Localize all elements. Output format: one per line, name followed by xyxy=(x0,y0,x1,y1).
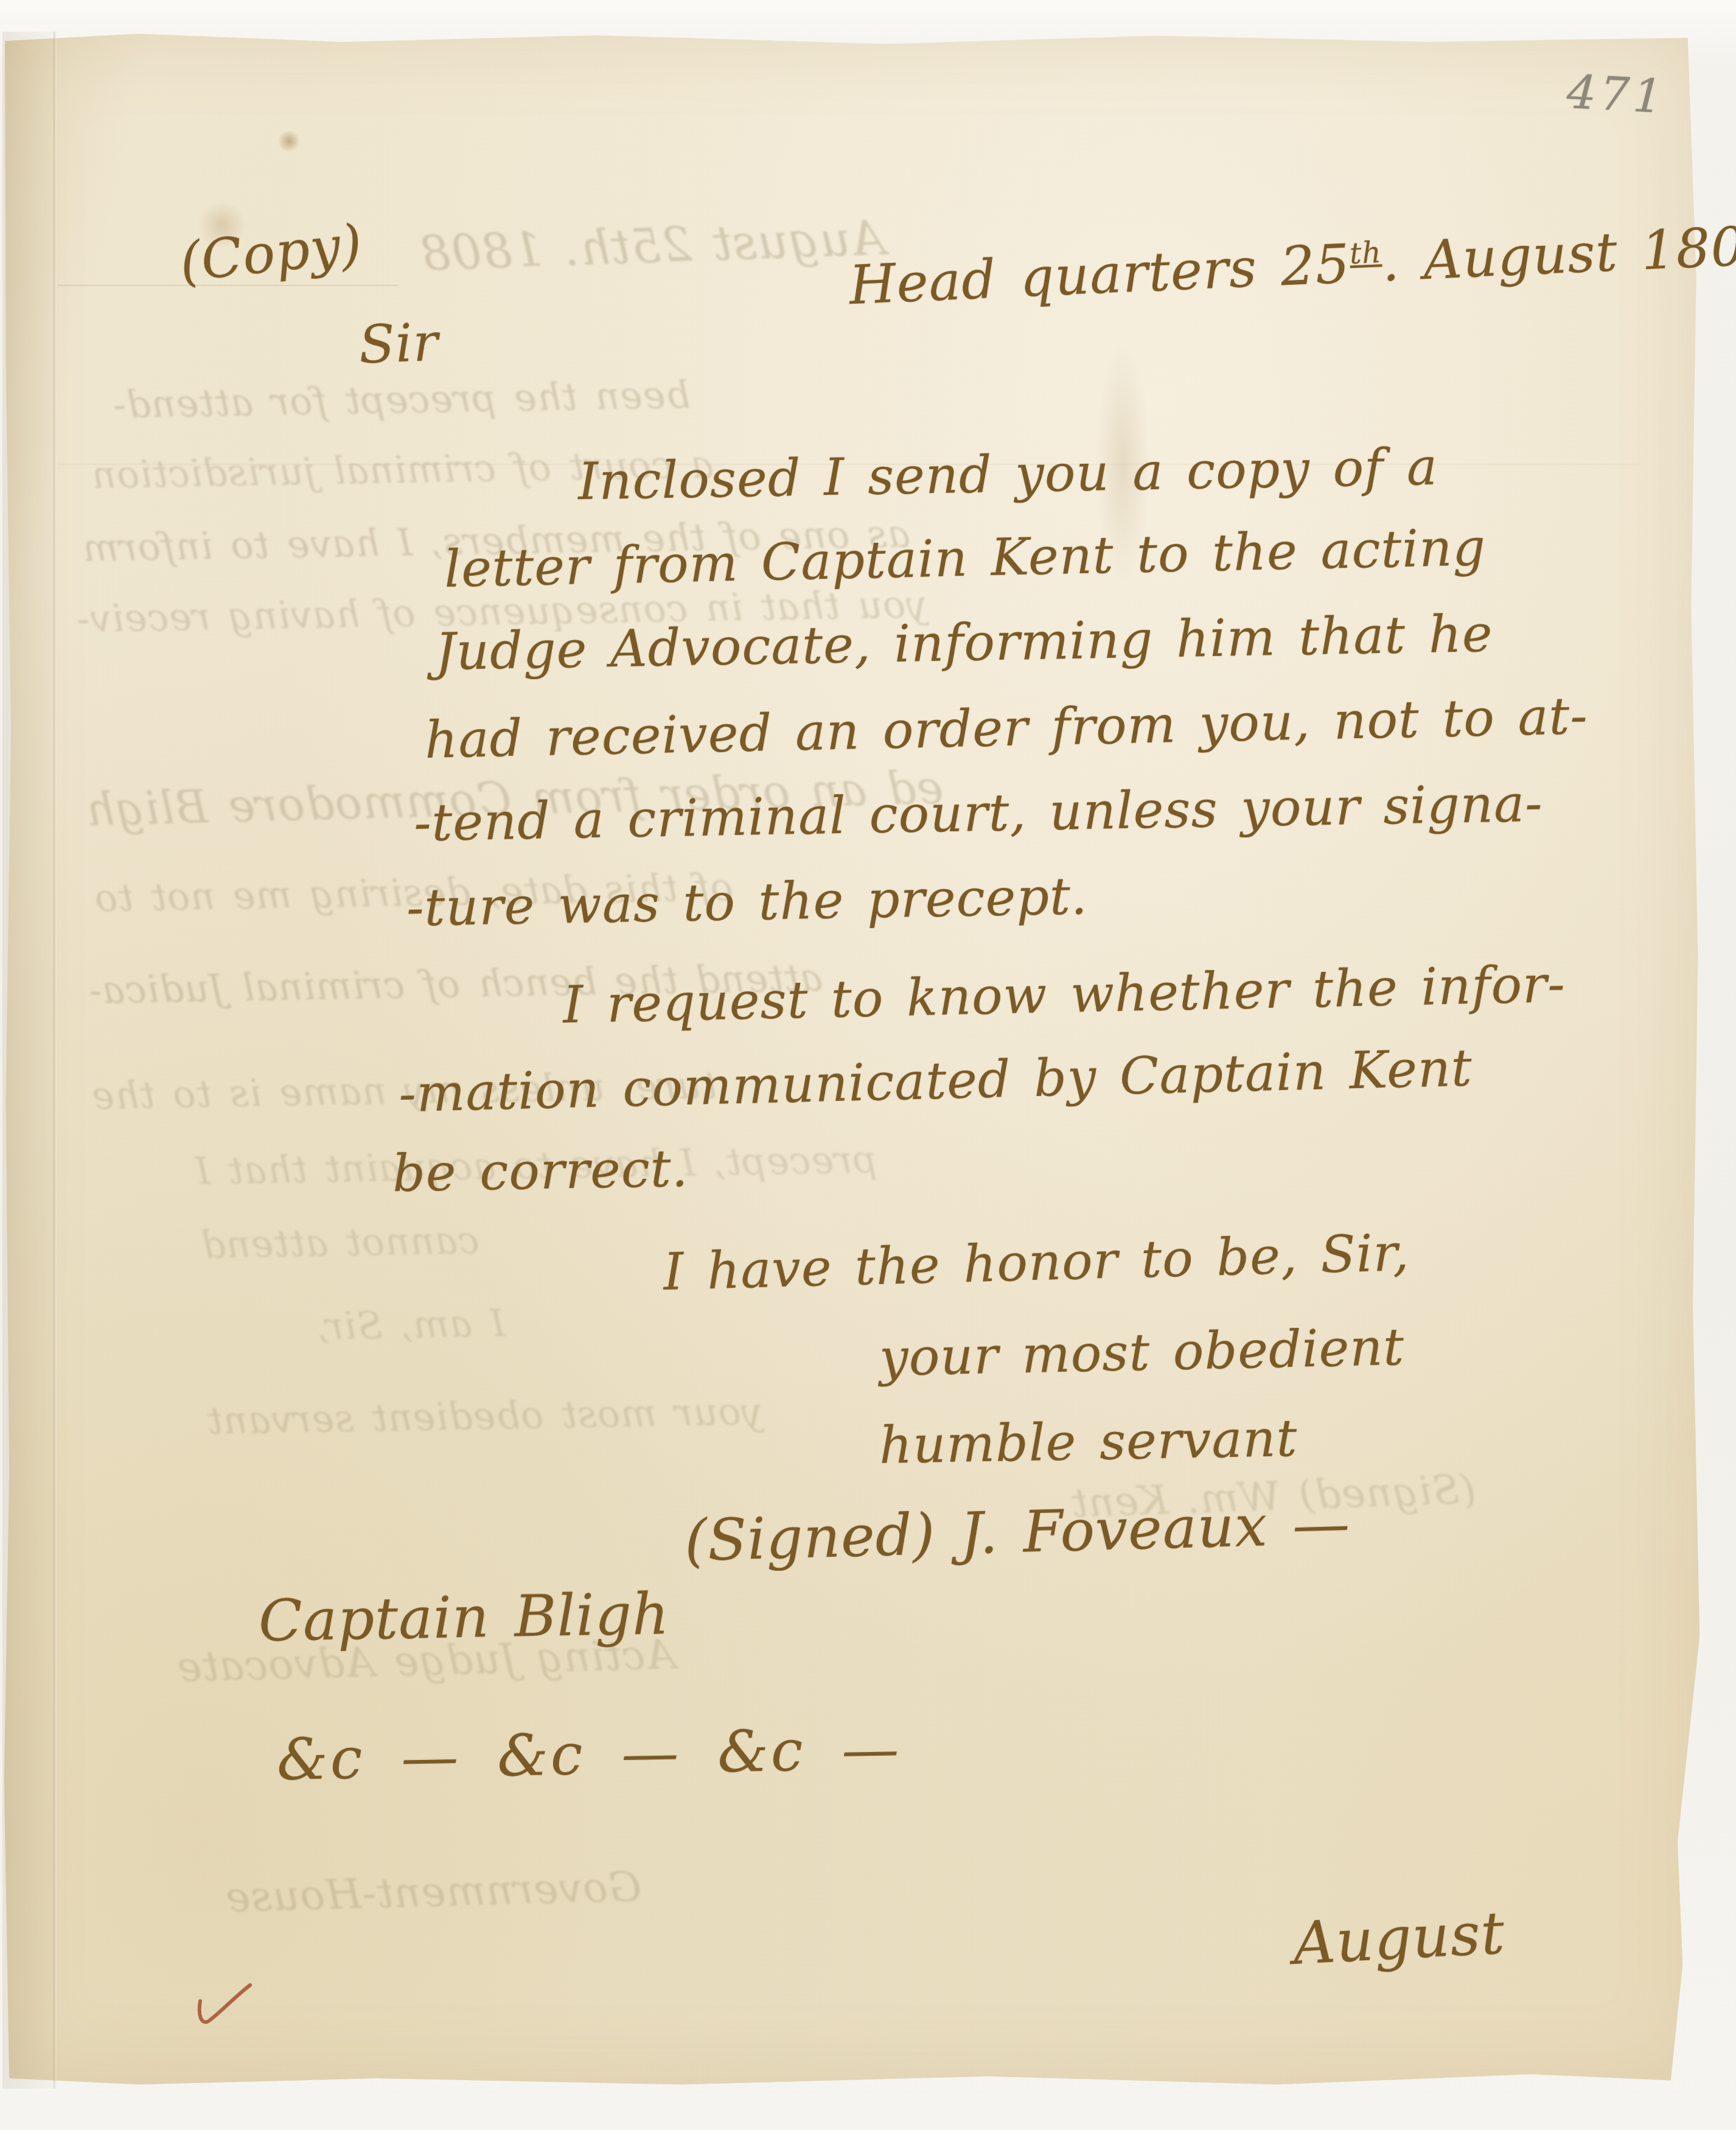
bleedthrough-line: cannot attend xyxy=(200,1218,479,1267)
fold-crease-line xyxy=(54,32,57,2089)
body-line: -ture was to the precept. xyxy=(406,869,1088,935)
body-line: Inclosed I send you a copy of a xyxy=(577,440,1438,509)
dateline-ordinal: th xyxy=(1349,236,1382,271)
ink-stain xyxy=(277,131,301,152)
manuscript-scan: { "letter": { "folio_number": "471", "co… xyxy=(0,0,1736,2130)
left-fold-shading xyxy=(2,32,55,2089)
closing-line: humble servant xyxy=(879,1411,1298,1472)
check-mark-icon xyxy=(192,1978,259,2033)
etcetera-line: &c — &c — &c — xyxy=(276,1720,902,1791)
body-line: be correct. xyxy=(392,1142,689,1201)
month-note: August xyxy=(1292,1902,1507,1975)
folio-number: 471 xyxy=(1566,65,1667,124)
salutation: Sir xyxy=(358,315,439,373)
closing-line: your most obedient xyxy=(879,1320,1405,1384)
bleedthrough-line: I am, Sir, xyxy=(316,1301,505,1348)
addressee-line: Captain Bligh xyxy=(258,1585,670,1652)
